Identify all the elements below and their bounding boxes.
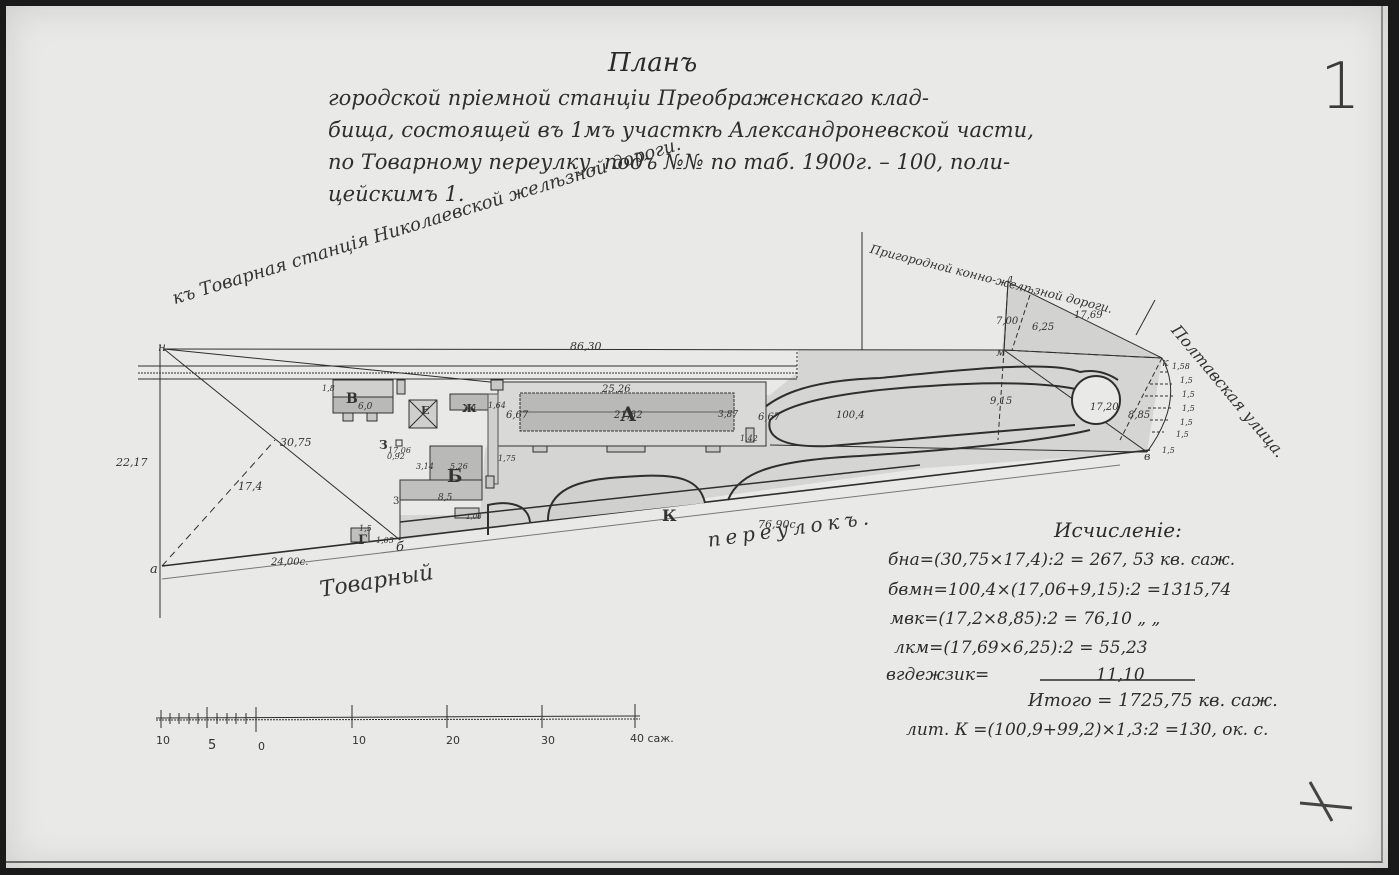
building-K-label: К [662,506,677,525]
calc-row-3-value: 76,10 „ „ [1083,609,1160,629]
dim-G-width: 1,05 [376,536,394,545]
building-E-label: Е [421,404,429,417]
dim-B-h3: 3 [393,496,399,507]
calc-row-3-label: мвк [890,609,924,629]
point-m: м [996,346,1005,359]
dim-arc-5: 1,5 [1180,418,1193,427]
point-l: л [1006,272,1013,285]
dim-left-edge: 22,17 [116,456,148,469]
dim-A-h2: 3,87 [718,410,738,420]
calc-row-5-label: вгдежзик [886,665,975,685]
calc-total-value: = 1725,75 кв. саж. [1097,690,1278,711]
point-b: б [396,540,404,555]
dim-lm-edge: 17,69 [1074,310,1103,321]
scale-label-20: 20 [446,734,460,747]
calc-row-2: бвмн=100,4×(17,06+9,15):2 =1315,74 [888,580,1231,600]
calc-total-label: Итого [1028,690,1092,711]
dim-arc-4: 1,5 [1182,404,1195,413]
calc-row-1: бна=(30,75×17,4):2 = 267, 53 кв. саж. [888,550,1235,570]
dim-diag-nb: 30,75 [280,436,312,449]
building-V-label: В [346,391,358,407]
dim-B-h2: 3,14 [416,462,434,471]
calc-footer: лит. К =(100,9+99,2)×1,3:2 =130, ок. с. [906,720,1268,740]
dim-bottom-a: 24,00с. [271,557,308,568]
calc-row-1-label: бна [888,550,920,570]
point-v: в [1144,450,1150,463]
scale-label-30: 30 [541,734,555,747]
dim-arc-2: 1,5 [1180,376,1193,385]
calc-row-2-label: бвмн [888,580,934,600]
calc-row-5: вгдежзик= 11,10 [886,665,989,685]
scale-label-10-left: 10 [156,734,170,747]
calc-row-1-value: 267, 53 кв. саж. [1090,550,1236,570]
dim-A-h1: 6,67 [506,410,528,421]
scale-label-0: 0 [258,740,265,753]
calc-row-3-formula: =(17,2×8,85):2 = [924,609,1078,629]
dim-lm-perp: 6,25 [1032,322,1054,333]
calc-row-5-value: 11,10 [1096,665,1145,685]
dim-arc-7: 1,5 [1162,446,1175,455]
dim-garden-height: 9,15 [990,396,1012,407]
calc-row-1-formula: =(30,75×17,4):2 = [920,550,1084,570]
dim-mv-perp: 8,85 [1128,410,1150,421]
dim-arc-1: 1,58 [1172,362,1190,371]
dim-top-edge: 86,30 [570,340,602,353]
calc-row-4-label: лкм [894,638,929,658]
dim-arc-6: 1,5 [1176,430,1189,439]
calc-row-2-value: 1315,74 [1161,580,1231,600]
building-G-label: Г [358,533,367,548]
dim-height-a: 17,4 [238,480,263,493]
calc-row-4: лкм=(17,69×6,25):2 = 55,23 [894,638,1148,658]
dim-A-h3: 6,67 [758,412,780,423]
dim-Z-side: 0,92 [387,452,405,461]
dim-arc-3: 1,5 [1182,390,1195,399]
calc-row-4-value: 55,23 [1099,638,1148,658]
dim-A-s2: 1,42 [740,434,758,443]
dim-Zh-width: 3,0 [463,404,476,413]
dim-G-height: 1,5 [359,524,372,533]
dim-B-w1: 5,26 [450,462,468,471]
scale-label-10: 10 [352,734,366,747]
scale-label-40: 40 саж. [630,732,674,745]
dim-mv-diag: 17,20 [1090,402,1119,413]
scale-label-5: 5 [208,738,216,753]
dim-bottom-k: 76,90с. [758,518,799,531]
building-Z-label: З [379,438,388,452]
dim-V-width: 6,0 [358,402,372,412]
calc-row-5-formula: = [975,665,989,685]
point-n: н [158,340,166,354]
calc-total: Итого = 1725,75 кв. саж. [1028,690,1278,711]
dim-B-side: 1,75 [498,454,516,463]
calc-row-4-formula: =(17,69×6,25):2 = [929,638,1093,658]
plan-sheet: Планъ городской пріемной станціи Преобра… [6,6,1388,868]
dim-A-outer: 25,26 [602,384,631,395]
calc-row-2-formula: =100,4×(17,06+9,15):2 = [934,580,1161,600]
calc-heading: Исчисленіе: [1054,518,1182,542]
dim-B-w2: 8,5 [438,493,452,503]
dim-garden-length: 100,4 [836,410,865,421]
point-a: а [150,562,158,577]
dim-A-inner: 21,82 [614,410,643,421]
dim-Zh-side: 1,64 [488,401,506,410]
dim-lm-left: 7,00 [996,316,1018,327]
point-k: к [1162,356,1169,369]
dim-V-h1: 1,8 [322,384,335,393]
dim-B-sub: 1,00 [466,513,482,521]
calc-row-3: мвк=(17,2×8,85):2 = 76,10 „ „ [890,609,1160,629]
